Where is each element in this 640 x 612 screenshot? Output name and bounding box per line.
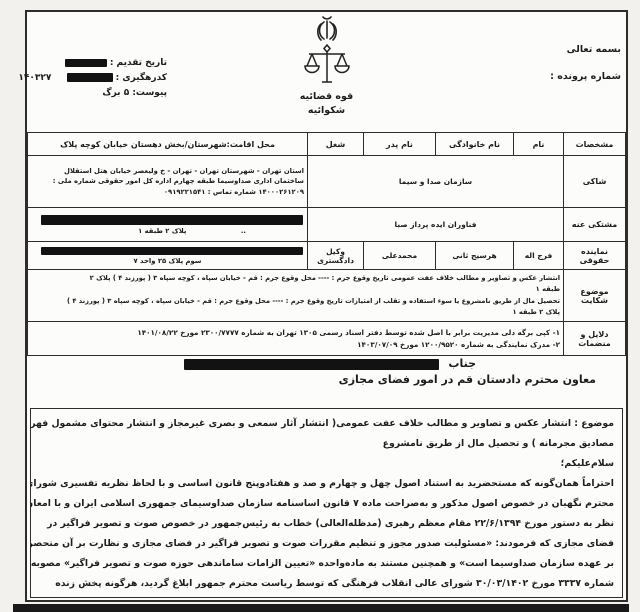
judiciary-logo: قوه قضائیه شکوائیه (267, 14, 387, 116)
attachments-line: پیوست: ۵ برگ (2, 86, 167, 101)
legal-rep-job: وکیل دادگستری (308, 242, 364, 270)
redaction-bar-bottom (13, 604, 629, 612)
legal-rep-father-name: محمدعلی (364, 242, 436, 270)
evidence-items: ۱- کپی برگه دلی مدیریت برابر با اصل شده … (28, 322, 564, 356)
scales-of-justice-icon (303, 44, 351, 88)
complaint-subject-text: انتشار عکس و تصاویر و مطالب خلاف عفت عمو… (28, 270, 564, 322)
letter-body: موضوع : انتشار عکس و تصاویر و مطالب خلاف… (30, 408, 623, 598)
defendant-row: مشتکی عنه فناوران ایده پرداز صبا .. پلاک… (28, 208, 626, 242)
legal-rep-address: سوم پلاک ۲۵ واحد ۷ (28, 242, 308, 270)
col-header-first-name: نام (514, 133, 564, 156)
tracking-code-line: کدرهگیری : ۱۴۰۳۲۷ (2, 71, 167, 86)
redaction-bar (41, 215, 303, 225)
col-header-address: محل اقامت:شهرستان/بخش دهستان خیابان کوچه… (28, 133, 308, 156)
defendant-label: مشتکی عنه (564, 208, 626, 242)
complainant-address: استان تهران - شهرستان تهران - تهران - خ … (28, 156, 308, 208)
complaint-form-scan: قوه قضائیه شکوائیه بسمه تعالی شماره پرون… (0, 0, 640, 612)
tracking-code-value: ۱۴۰۳۲۷ (18, 73, 51, 83)
recipient-salutation-line: جناب (27, 357, 626, 370)
bismillah: بسمه تعالی (567, 44, 621, 55)
org-name: قوه قضائیه (267, 91, 387, 102)
col-header-father-name: نام پدر (364, 133, 436, 156)
redaction-bar (65, 59, 107, 67)
complainant-row: شاکی سازمان صدا و سیما استان تهران - شهر… (28, 156, 626, 208)
complainant-label: شاکی (564, 156, 626, 208)
submission-date-label: تاریخ تقدیم : (110, 58, 167, 68)
redaction-bar (41, 247, 303, 255)
submission-date-line: تاریخ تقدیم : (2, 56, 167, 71)
col-header-specs: مشخصات (564, 133, 626, 156)
evidence-row: دلایل و منضمات ۱- کپی برگه دلی مدیریت بر… (28, 322, 626, 356)
col-header-last-name: نام خانوادگی (436, 133, 514, 156)
redaction-bar (184, 359, 439, 370)
parties-table: مشخصات نام نام خانوادگی نام پدر شغل محل … (27, 132, 626, 356)
recipient-block: جناب معاون محترم دادستان قم در امور فضای… (27, 357, 626, 386)
submission-meta: تاریخ تقدیم : کدرهگیری : ۱۴۰۳۲۷ پیوست: ۵… (2, 56, 167, 101)
iran-emblem-icon (313, 14, 341, 44)
legal-rep-row: نماینده حقوقی فرج اله هرسیج ثانی محمدعلی… (28, 242, 626, 270)
evidence-label: دلایل و منضمات (564, 322, 626, 356)
table-header-row: مشخصات نام نام خانوادگی نام پدر شغل محل … (28, 133, 626, 156)
complaint-subject-label: موضوع شکایت (564, 270, 626, 322)
salutation: جناب (448, 357, 476, 370)
legal-rep-first-name: فرج اله (514, 242, 564, 270)
complainant-name: سازمان صدا و سیما (308, 156, 564, 208)
legal-rep-label: نماینده حقوقی (564, 242, 626, 270)
recipient-title: معاون محترم دادستان قم در امور فضای مجاز… (27, 373, 626, 386)
redaction-bar (67, 73, 113, 82)
document-border: قوه قضائیه شکوائیه بسمه تعالی شماره پرون… (25, 10, 628, 602)
col-header-job: شغل (308, 133, 364, 156)
legal-rep-last-name: هرسیج ثانی (436, 242, 514, 270)
tracking-code-label: کدرهگیری : (116, 73, 167, 83)
defendant-address: .. پلاک ۲ طبقه ۱ (28, 208, 308, 242)
complaint-subject-row: موضوع شکایت انتشار عکس و تصاویر و مطالب … (28, 270, 626, 322)
defendant-name: فناوران ایده پرداز صبا (308, 208, 564, 242)
case-number-label: شماره پرونده : (550, 71, 621, 82)
doc-title: شکوائیه (267, 105, 387, 116)
